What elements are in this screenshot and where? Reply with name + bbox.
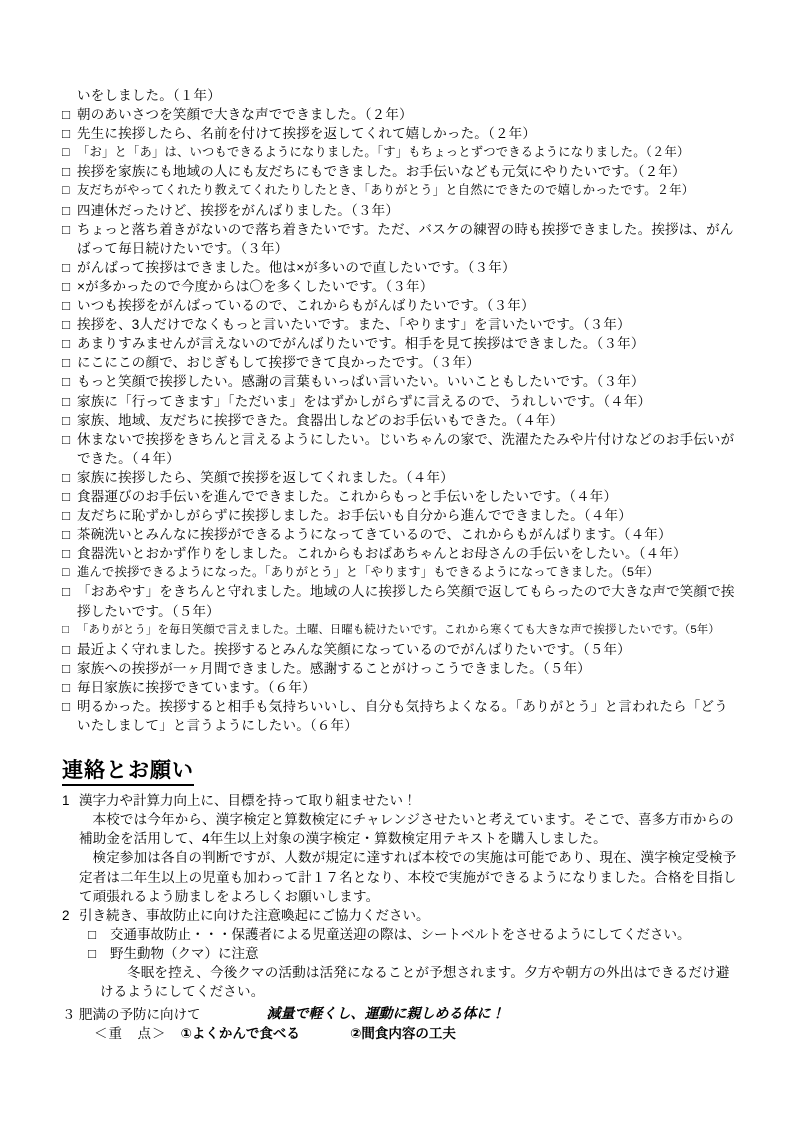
comment-item: □四連休だったけど、挨拶をがんばりました。（３年） — [62, 201, 740, 220]
section-2-item-traffic-text: 交通事故防止・・・保護者による児童送迎の際は、シートベルトをさせるようにしてくだ… — [110, 925, 691, 944]
section-3-point-2: ②間食内容の工夫 — [350, 1024, 456, 1043]
comment-text: 先生に挨拶したら、名前を付けて挨拶を返してくれて嬉しかった。（２年） — [77, 126, 536, 141]
comment-item: □進んで挨拶できるようになった。「ありがとう」と「やります」もできるようになって… — [62, 563, 740, 582]
checkbox-icon: □ — [62, 544, 77, 563]
checkbox-icon: □ — [62, 181, 77, 200]
section-1-kanji-kentei: 1 漢字力や計算力向上に、目標を持って取り組ませたい！ — [62, 791, 740, 810]
checkbox-icon: □ — [62, 582, 77, 601]
checkbox-icon: □ — [62, 220, 77, 239]
notices-section: 連絡とお願い 1 漢字力や計算力向上に、目標を持って取り組ませたい！ 本校では今… — [62, 754, 740, 1043]
comment-item: □家族に挨拶したら、笑顔で挨拶を返してくれました。（４年） — [62, 468, 740, 487]
newsletter-page: いをしました。（１年） □朝のあいさつを笑顔で大きな声でできました。（２年）□先… — [0, 0, 794, 1123]
comment-text: 家族、地域、友だちに挨拶できた。食器出しなどのお手伝いもできた。（４年） — [77, 413, 563, 428]
comment-item: □朝のあいさつを笑顔で大きな声でできました。（２年） — [62, 105, 740, 124]
comment-item: □「おあやす」をきちんと守れました。地域の人に挨拶したら笑顔で返してもらったので… — [62, 582, 740, 620]
comment-text: あまりすみませんが言えないのでがんばりたいです。相手を見て挨拶はできました。（３… — [77, 336, 645, 351]
checkbox-icon: □ — [62, 487, 77, 506]
section-3-title: 肥満の予防に向けて — [79, 1005, 201, 1024]
section-1-body: 本校では今年から、漢字検定と算数検定にチャレンジさせたいと考えています。そこで、… — [79, 810, 740, 905]
checkbox-icon: □ — [62, 506, 77, 525]
checkbox-icon: □ — [62, 258, 77, 277]
comment-item: □最近よく守れました。挨拶するとみんな笑顔になっているのでがんばりたいです。（５… — [62, 640, 740, 659]
comment-text: 家族への挨拶が一ヶ月間できました。感謝することがけっこうできました。（５年） — [77, 661, 591, 676]
checkbox-icon: □ — [62, 105, 77, 124]
section-1-number: 1 — [62, 791, 79, 810]
checkbox-icon: □ — [62, 411, 77, 430]
notices-heading: 連絡とお願い — [62, 754, 194, 786]
comment-item: □茶碗洗いとみんなに挨拶ができるようになってきているので、これからもがんばります… — [62, 525, 740, 544]
comment-text: 明るかった。挨拶すると相手も気持ちいいし、自分も気持ちよくなる。「ありがとう」と… — [77, 699, 728, 733]
checkbox-icon: □ — [62, 372, 77, 391]
comment-text: 食器洗いとおかず作りをしました。これからもおばあちゃんとお母さんの手伝いをしたい… — [77, 546, 687, 561]
checkbox-icon: □ — [62, 563, 77, 582]
comment-item: □「ありがとう」を毎日笑顔で言えました。土曜、日曜も続けたいです。これから寒くて… — [62, 621, 740, 640]
comment-text: ちょっと落ち着きがないので落ち着きたいです。ただ、バスケの練習の時も挨拶できまし… — [77, 222, 734, 256]
checkbox-icon: □ — [62, 697, 77, 716]
comment-item: □休まないで挨拶をきちんと言えるようにしたい。じいちゃんの家で、洗濯たたみや片付… — [62, 430, 740, 468]
comment-text: 友だちに恥ずかしがらずに挨拶しました。お手伝いも自分から進んでできました。（４年… — [77, 508, 632, 523]
checkbox-icon: □ — [62, 296, 77, 315]
section-1-paragraph-2: 検定参加は各自の判断ですが、人数が規定に達すれば本校での実施は可能であり、現在、… — [79, 848, 740, 905]
section-2-bear-note: 冬眠を控え、今後クマの活動は活発になることが予想されます。夕方や朝方の外出はでき… — [100, 963, 740, 1001]
checkbox-icon: □ — [62, 621, 77, 640]
comment-item: □ちょっと落ち着きがないので落ち着きたいです。ただ、バスケの練習の時も挨拶できま… — [62, 220, 740, 258]
section-1-title: 漢字力や計算力向上に、目標を持って取り組ませたい！ — [79, 791, 417, 810]
checkbox-icon: □ — [62, 430, 77, 449]
comment-item: □明るかった。挨拶すると相手も気持ちいいし、自分も気持ちよくなる。「ありがとう」… — [62, 697, 740, 735]
comment-item: □家族への挨拶が一ヶ月間できました。感謝することがけっこうできました。（５年） — [62, 659, 740, 678]
section-1-paragraph-1: 本校では今年から、漢字検定と算数検定にチャレンジさせたいと考えています。そこで、… — [79, 810, 740, 848]
checkbox-icon: □ — [62, 334, 77, 353]
comment-item: □食器運びのお手伝いを進んでできました。これからもっと手伝いをしたいです。（４年… — [62, 487, 740, 506]
section-3-obesity-prevention: ３ 肥満の予防に向けて 減量で軽くし、運動に親しめる体に！ — [62, 1005, 740, 1024]
comment-item: □×が多かったので今度からは〇を多くしたいです。（３年） — [62, 277, 740, 296]
checkbox-icon: □ — [62, 277, 77, 296]
comment-item: □毎日家族に挨拶できています。（６年） — [62, 678, 740, 697]
comment-text: 四連休だったけど、挨拶をがんばりました。（３年） — [77, 203, 399, 218]
checkbox-icon: □ — [62, 315, 77, 334]
comment-text: 挨拶を、3人だけでなくもっと言いたいです。また、「やります」を言いたいです。（３… — [77, 317, 631, 332]
comment-item: □友だちに恥ずかしがらずに挨拶しました。お手伝いも自分から進んでできました。（４… — [62, 506, 740, 525]
comment-text: 家族に挨拶したら、笑顔で挨拶を返してくれました。（４年） — [77, 470, 454, 485]
checkbox-icon: □ — [88, 944, 110, 963]
checkbox-icon: □ — [62, 353, 77, 372]
comment-item: □あまりすみませんが言えないのでがんばりたいです。相手を見て挨拶はできました。（… — [62, 334, 740, 353]
checkbox-icon: □ — [62, 525, 77, 544]
comment-text: 「お」と「あ」は、いつもできるようになりました。「す」もちょっとずつできるように… — [77, 145, 690, 159]
checkbox-icon: □ — [62, 659, 77, 678]
section-2-item-traffic: □ 交通事故防止・・・保護者による児童送迎の際は、シートベルトをさせるようにして… — [88, 925, 740, 944]
checkbox-icon: □ — [62, 162, 77, 181]
comment-item: □「お」と「あ」は、いつもできるようになりました。「す」もちょっとずつできるよう… — [62, 143, 740, 162]
comment-item: □いつも挨拶をがんばっているので、これからもがんばりたいです。（３年） — [62, 296, 740, 315]
comment-text: 家族に「行ってきます」「ただいま」をはずかしがらずに言えるので、うれしいです。（… — [77, 394, 651, 409]
comment-item: □友だちがやってくれたり教えてくれたりしたとき、「ありがとう」と自然にできたので… — [62, 181, 740, 200]
section-2-number: 2 — [62, 906, 79, 925]
comment-text: いつも挨拶をがんばっているので、これからもがんばりたいです。（３年） — [77, 298, 535, 313]
checkbox-icon: □ — [62, 392, 77, 411]
comment-continuation-line: いをしました。（１年） — [62, 86, 740, 105]
comment-text: にこにこの顔で、おじぎもして挨拶できて良かったです。（３年） — [77, 355, 480, 370]
comment-text: もっと笑顔で挨拶したい。感謝の言葉もいっぱい言いたい。いいこともしたいです。（３… — [77, 374, 645, 389]
comment-text: がんばって挨拶はできました。他は×が多いので直したいです。（３年） — [77, 260, 516, 275]
comment-text: ×が多かったので今度からは〇を多くしたいです。（３年） — [77, 279, 433, 294]
checkbox-icon: □ — [62, 468, 77, 487]
comment-item: □がんばって挨拶はできました。他は×が多いので直したいです。（３年） — [62, 258, 740, 277]
comment-text: 「おあやす」をきちんと守れました。地域の人に挨拶したら笑顔で返してもらったので大… — [77, 584, 735, 618]
comment-item: □家族に「行ってきます」「ただいま」をはずかしがらずに言えるので、うれしいです。… — [62, 392, 740, 411]
checkbox-icon: □ — [62, 124, 77, 143]
comment-text: 友だちがやってくれたり教えてくれたりしたとき、「ありがとう」と自然にできたので嬉… — [77, 183, 694, 197]
section-3-slogan: 減量で軽くし、運動に親しめる体に！ — [267, 1005, 505, 1024]
section-3-points-label: ＜重 点＞ — [94, 1024, 167, 1043]
section-3-point-1: ①よくかんで食べる — [181, 1024, 300, 1043]
comment-text: 挨拶を家族にも地域の人にも友だちにもできました。お手伝いなども元気にやりたいです… — [77, 164, 686, 179]
comment-text: 「ありがとう」を毎日笑顔で言えました。土曜、日曜も続けたいです。これから寒くても… — [77, 624, 720, 636]
section-2-accident-prevention: 2 引き続き、事故防止に向けた注意喚起にご協力ください。 — [62, 906, 740, 925]
checkbox-icon: □ — [88, 925, 110, 944]
comment-item: □もっと笑顔で挨拶したい。感謝の言葉もいっぱい言いたい。いいこともしたいです。（… — [62, 372, 740, 391]
checkbox-icon: □ — [62, 201, 77, 220]
checkbox-icon: □ — [62, 678, 77, 697]
section-3-number: ３ — [62, 1005, 79, 1024]
comment-text: 毎日家族に挨拶できています。（６年） — [77, 680, 316, 695]
comment-item: □食器洗いとおかず作りをしました。これからもおばあちゃんとお母さんの手伝いをした… — [62, 544, 740, 563]
checkbox-icon: □ — [62, 640, 77, 659]
section-3-points: ＜重 点＞ ①よくかんで食べる ②間食内容の工夫 — [94, 1024, 740, 1043]
section-2-item-wildlife-text: 野生動物（クマ）に注意 — [110, 944, 259, 963]
comment-text: 休まないで挨拶をきちんと言えるようにしたい。じいちゃんの家で、洗濯たたみや片付け… — [77, 432, 734, 466]
checkbox-icon: □ — [62, 143, 77, 162]
comment-text: 食器運びのお手伝いを進んでできました。これからもっと手伝いをしたいです。（４年） — [77, 489, 617, 504]
section-2-title: 引き続き、事故防止に向けた注意喚起にご協力ください。 — [79, 906, 429, 925]
student-comments-list: いをしました。（１年） □朝のあいさつを笑顔で大きな声でできました。（２年）□先… — [62, 86, 740, 735]
comment-text: 朝のあいさつを笑顔で大きな声でできました。（２年） — [77, 107, 413, 122]
comment-text: 進んで挨拶できるようになった。「ありがとう」と「やります」もできるようになってき… — [77, 565, 659, 579]
comment-item: □にこにこの顔で、おじぎもして挨拶できて良かったです。（３年） — [62, 353, 740, 372]
comment-item: □先生に挨拶したら、名前を付けて挨拶を返してくれて嬉しかった。（２年） — [62, 124, 740, 143]
comment-text: 茶碗洗いとみんなに挨拶ができるようになってきているので、これからもがんばります。… — [77, 527, 672, 542]
comment-text: 最近よく守れました。挨拶するとみんな笑顔になっているのでがんばりたいです。（５年… — [77, 642, 631, 657]
comment-item: □挨拶を、3人だけでなくもっと言いたいです。また、「やります」を言いたいです。（… — [62, 315, 740, 334]
comment-item: □挨拶を家族にも地域の人にも友だちにもできました。お手伝いなども元気にやりたいで… — [62, 162, 740, 181]
comment-item: □家族、地域、友だちに挨拶できた。食器出しなどのお手伝いもできた。（４年） — [62, 411, 740, 430]
section-2-item-wildlife: □ 野生動物（クマ）に注意 — [88, 944, 740, 963]
